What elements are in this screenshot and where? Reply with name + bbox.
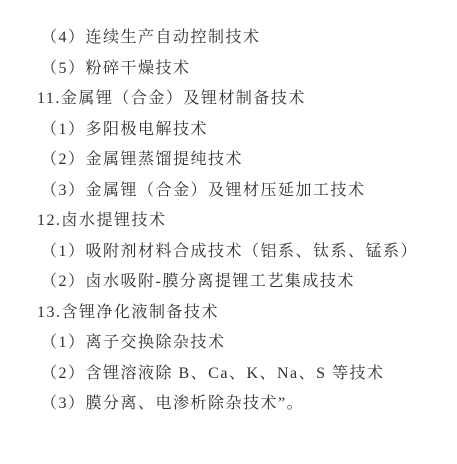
list-item: （2）卤水吸附-膜分离提锂工艺集成技术	[0, 267, 457, 298]
list-item: （2）含锂溶液除 B、Ca、K、Na、S 等技术	[0, 359, 457, 390]
list-item: （5）粉碎干燥技术	[0, 54, 457, 85]
section-heading: 11.金属锂（合金）及锂材制备技术	[0, 84, 457, 115]
list-item: （1）离子交换除杂技术	[0, 328, 457, 359]
list-item: （2）金属锂蒸馏提纯技术	[0, 145, 457, 176]
section-heading: 12.卤水提锂技术	[0, 206, 457, 237]
list-item: （3）膜分离、电渗析除杂技术”。	[0, 389, 457, 420]
list-item: （1）吸附剂材料合成技术（铝系、钛系、锰系）	[0, 237, 457, 268]
list-item: （1）多阳极电解技术	[0, 115, 457, 146]
section-heading: 13.含锂净化液制备技术	[0, 298, 457, 329]
list-item: （3）金属锂（合金）及锂材压延加工技术	[0, 176, 457, 207]
document-page: （4）连续生产自动控制技术 （5）粉碎干燥技术 11.金属锂（合金）及锂材制备技…	[0, 0, 457, 464]
list-item: （4）连续生产自动控制技术	[0, 23, 457, 54]
